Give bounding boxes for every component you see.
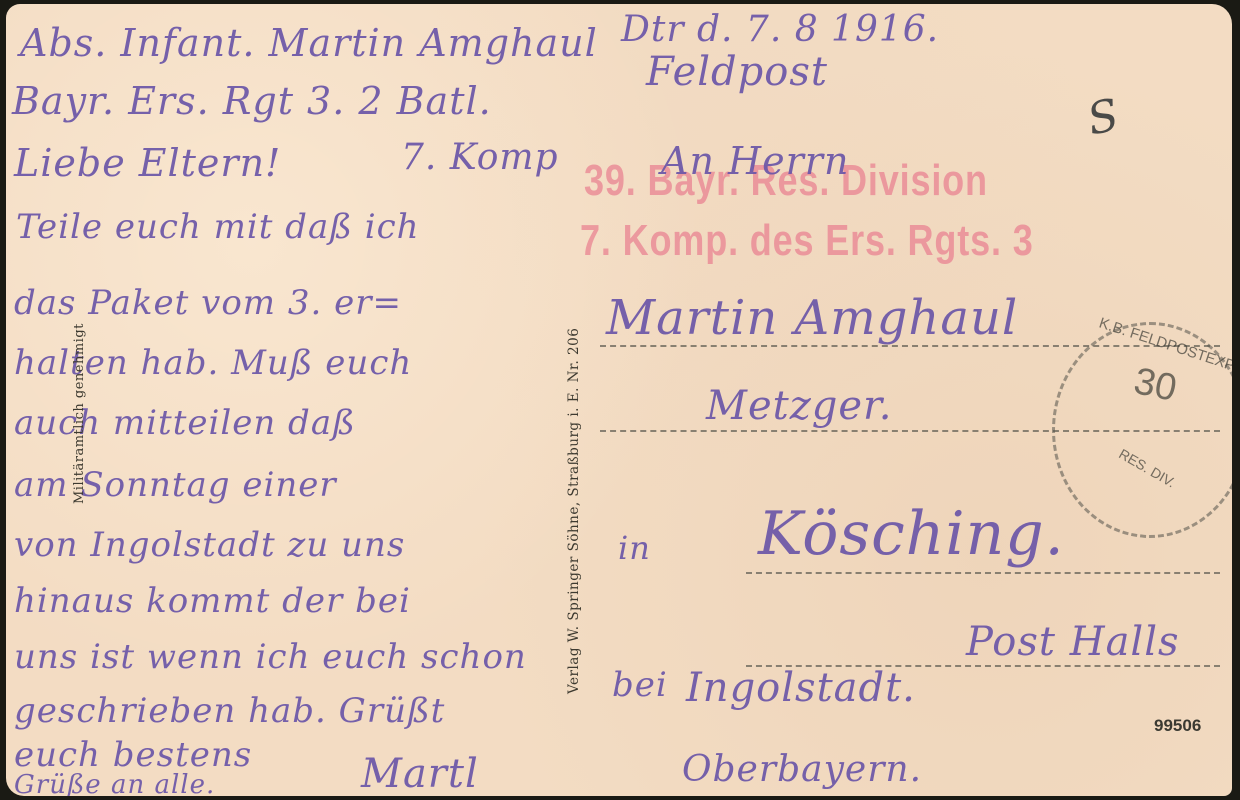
recipient-town: Kösching. [758, 504, 1065, 564]
sender-company: 7. Komp [401, 140, 559, 176]
message-line: am Sonntag einer [14, 468, 337, 502]
message-line: auch mitteilen daß [14, 406, 356, 440]
card-number: 99506 [1154, 716, 1201, 736]
near-prefix: bei [612, 668, 668, 702]
unit-stamp-line-2: 7. Komp. des Ers. Rgts. 3 [580, 216, 1034, 266]
feldpost-marking: Feldpost [646, 52, 828, 92]
military-approval-text: Militäramtlich genehmigt [72, 323, 87, 504]
post-office: Post Halls [966, 622, 1180, 662]
address-line-3 [746, 572, 1220, 574]
message-line: Teile euch mit daß ich [16, 210, 420, 244]
message-line: hinaus kommt der bei [14, 584, 411, 618]
message-line: uns ist wenn ich euch schon [14, 640, 527, 674]
address-salutation: An Herrn [661, 142, 849, 180]
near-town: Ingolstadt. [686, 668, 916, 708]
publisher-imprint: Verlag W. Springer Söhne, Straßburg i. E… [566, 328, 582, 694]
message-line: geschrieben hab. Grüßt [14, 694, 445, 728]
postcard: Abs. Infant. Martin Amghaul Bayr. Ers. R… [6, 4, 1232, 796]
message-line: das Paket vom 3. er= [14, 286, 402, 320]
postmark-number: 30 [1130, 360, 1180, 411]
sender-line-1: Abs. Infant. Martin Amghaul [20, 24, 598, 62]
pencil-mark: S [1083, 89, 1123, 145]
recipient-occupation: Metzger. [706, 386, 893, 426]
greeting: Liebe Eltern! [14, 144, 281, 182]
signature: Martl [361, 754, 479, 794]
address-in: in [618, 532, 651, 564]
message-line: Grüße an alle. [14, 772, 215, 796]
recipient-name: Martin Amghaul [606, 294, 1018, 342]
message-line: euch bestens [14, 738, 252, 772]
region: Oberbayern. [682, 752, 922, 788]
date-line: Dtr d. 7. 8 1916. [621, 12, 939, 48]
sender-line-2: Bayr. Ers. Rgt 3. 2 Batl. [12, 82, 492, 120]
message-line: von Ingolstadt zu uns [14, 528, 405, 562]
